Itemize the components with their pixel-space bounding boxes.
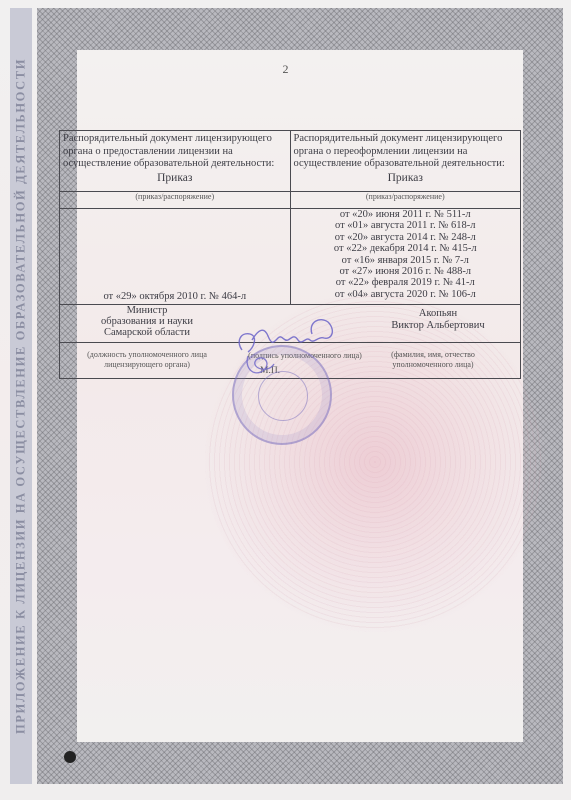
reissue-order: от «16» января 2015 г. № 7-л — [294, 255, 518, 266]
left-header-caption: (приказ/распоряжение) — [60, 192, 291, 209]
left-orders-cell: от «29» октября 2010 г. № 464-л — [60, 209, 291, 305]
official-name: Акопьян Виктор Альбертович — [368, 308, 508, 332]
right-header-caption: (приказ/распоряжение) — [290, 192, 521, 209]
left-header-cell: Распорядительный документ лицензирующего… — [60, 131, 291, 192]
page-number: 2 — [0, 62, 571, 77]
right-header-cell: Распорядительный документ лицензирующего… — [290, 131, 521, 192]
document-page: ПРИЛОЖЕНИЕ К ЛИЦЕНЗИИ НА ОСУЩЕСТВЛЕНИЕ О… — [0, 0, 571, 800]
position-caption: (должность уполномоченного лица лицензир… — [62, 350, 232, 370]
reissue-order: от «22» февраля 2019 г. № 41-л — [294, 277, 518, 288]
punch-hole — [64, 751, 76, 763]
name-caption: (фамилия, имя, отчество уполномоченного … — [358, 350, 508, 370]
reissue-order: от «22» декабря 2014 г. № 415-л — [294, 243, 518, 254]
left-header-text: Распорядительный документ лицензирующего… — [63, 133, 287, 171]
reissue-order: от «01» августа 2011 г. № 618-л — [294, 220, 518, 231]
reissue-order: от «27» июня 2016 г. № 488-л — [294, 266, 518, 277]
handwritten-signature-icon — [228, 312, 348, 382]
official-position: Министр образования и науки Самарской об… — [62, 305, 232, 338]
reissue-order: от «04» августа 2020 г. № 106-л — [294, 289, 518, 300]
reissue-order: от «20» августа 2014 г. № 248-л — [294, 232, 518, 243]
reissue-order: от «20» июня 2011 г. № 511-л — [294, 209, 518, 220]
initial-order: от «29» октября 2010 г. № 464-л — [60, 291, 290, 304]
left-doc-type: Приказ — [63, 172, 287, 185]
right-header-text: Распорядительный документ лицензирующего… — [294, 133, 518, 171]
right-doc-type: Приказ — [294, 172, 518, 185]
side-title: ПРИЛОЖЕНИЕ К ЛИЦЕНЗИИ НА ОСУЩЕСТВЛЕНИЕ О… — [14, 58, 29, 734]
right-orders-cell: от «20» июня 2011 г. № 511-л от «01» авг… — [290, 209, 521, 305]
